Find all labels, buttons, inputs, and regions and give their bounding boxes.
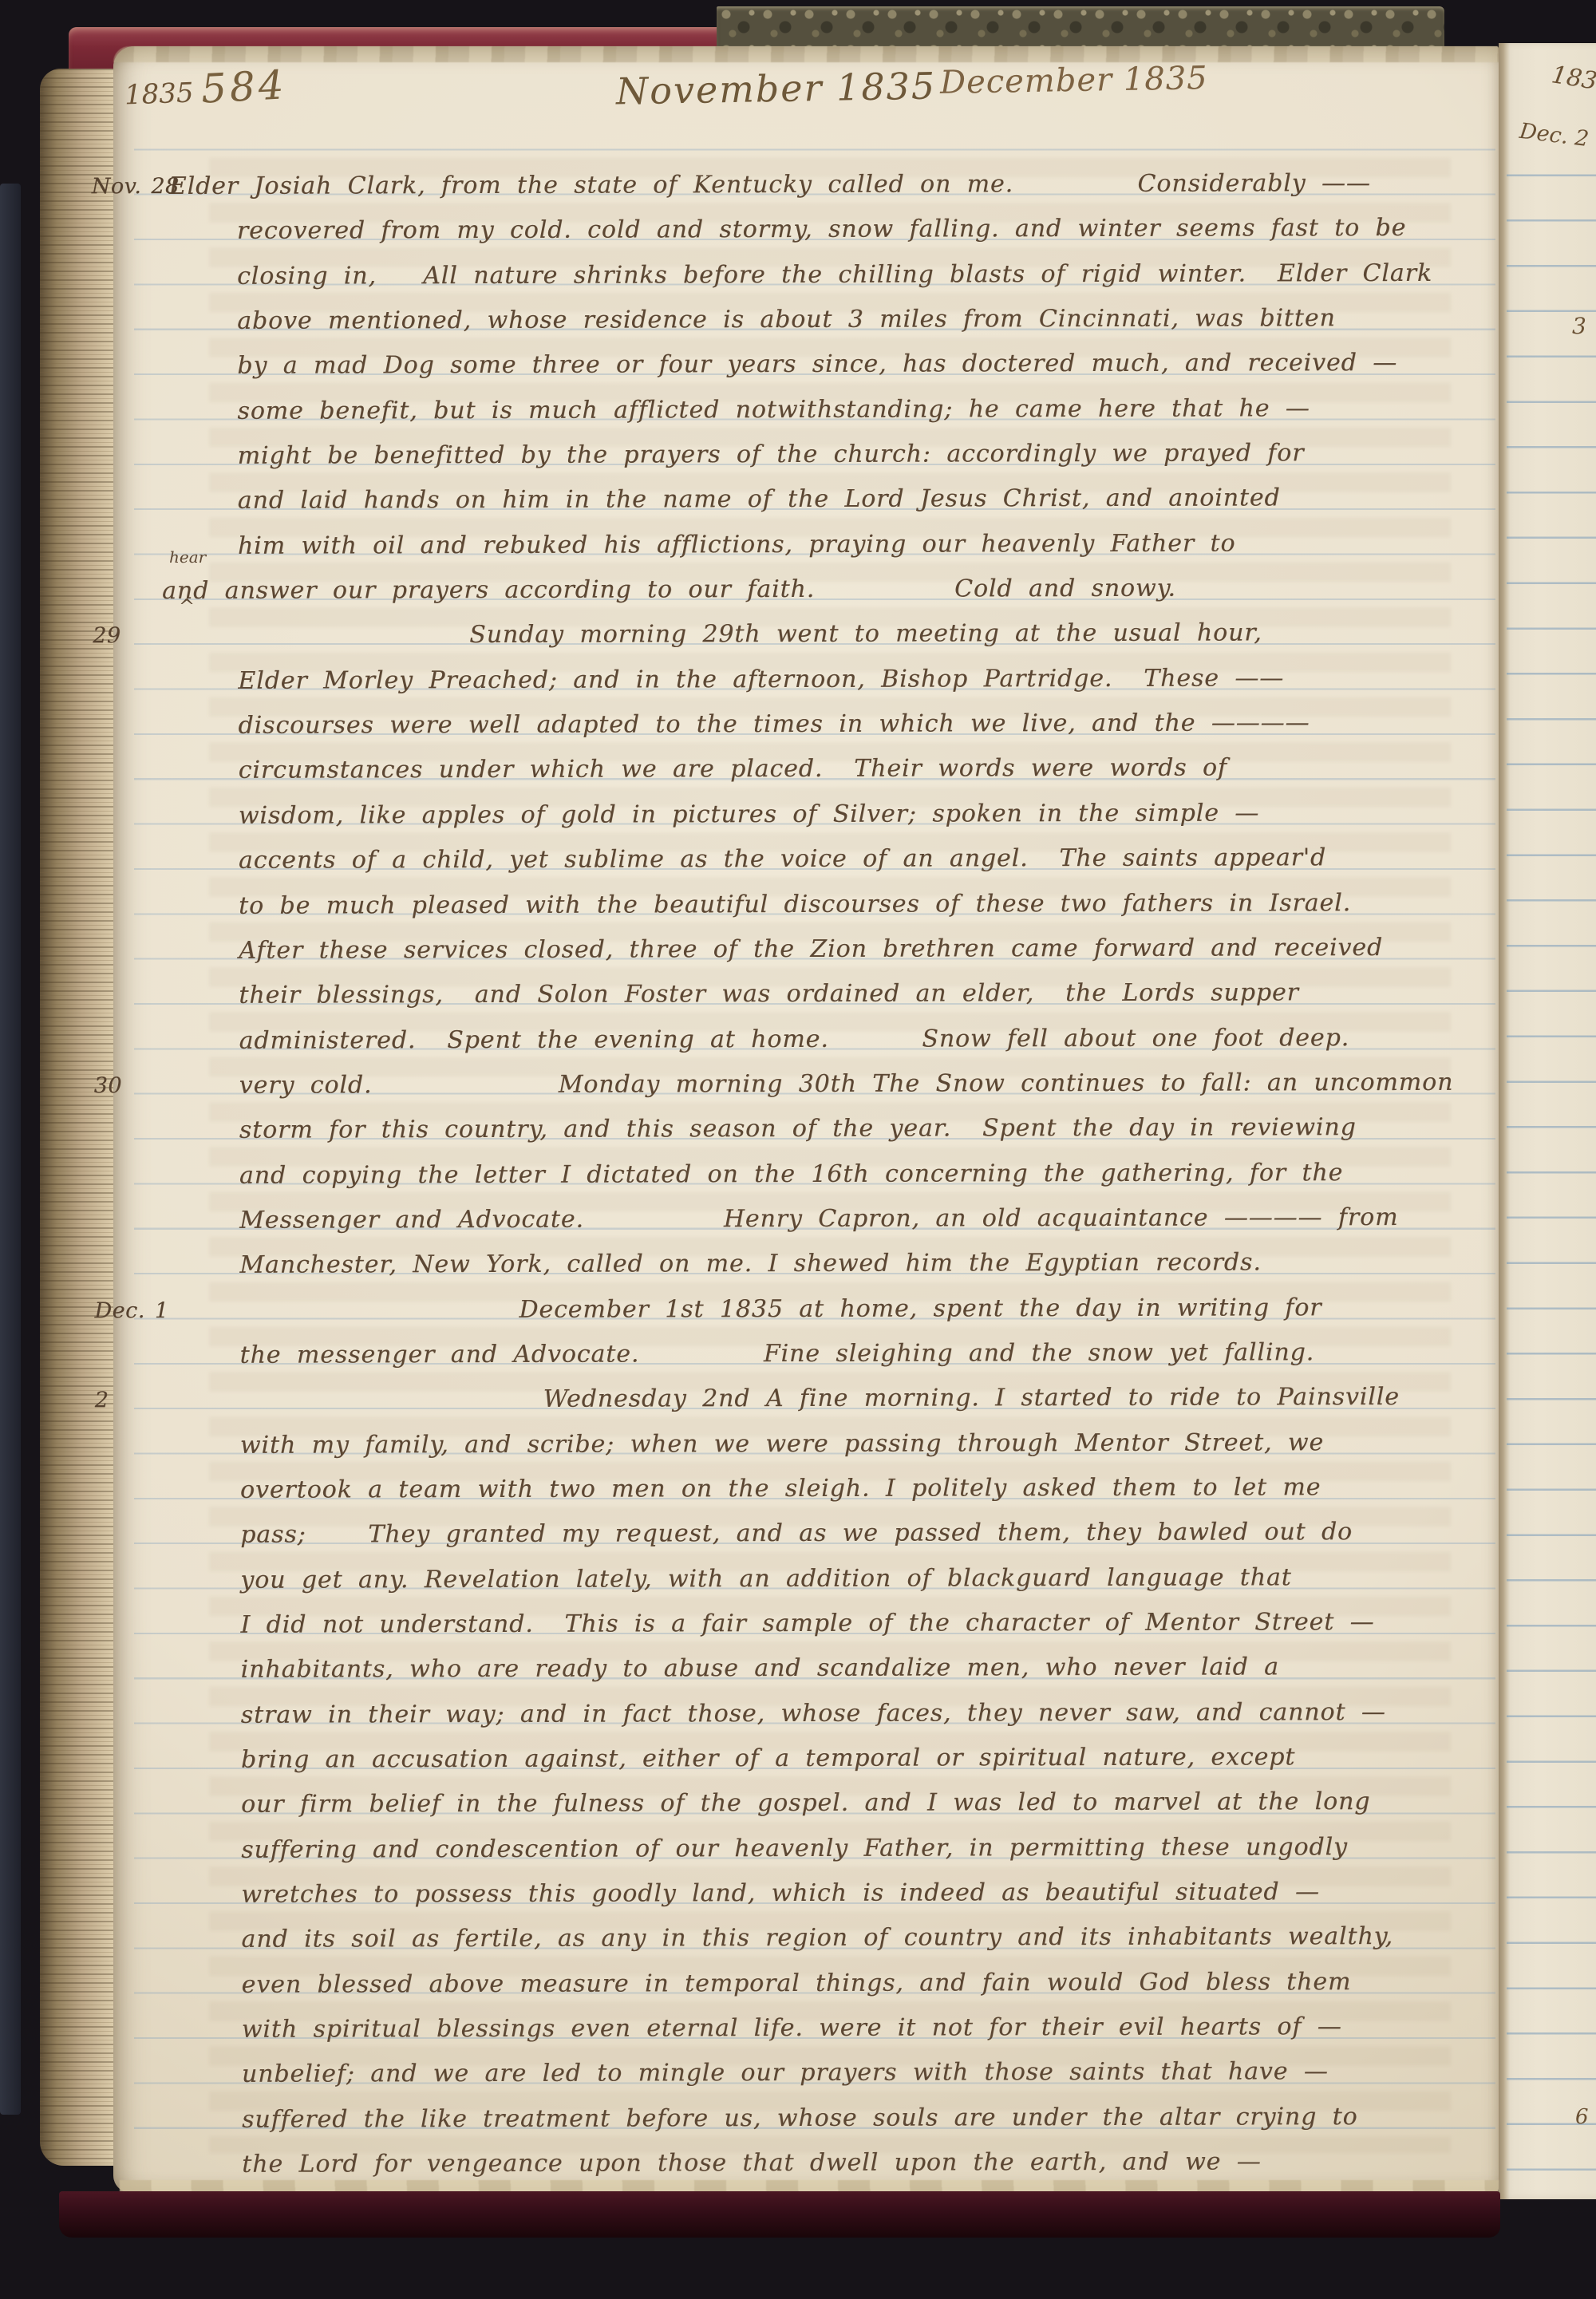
journal-line-text: to be much pleased with the beautiful di… — [93, 881, 1351, 929]
journal-line-text: unbelief; and we are led to mingle our p… — [97, 2050, 1329, 2098]
journal-line-text: discourses were well adapted to the time… — [93, 701, 1310, 749]
journal-line: overtook a team with two men on the slei… — [95, 1465, 1501, 1514]
journal-line: wisdom, like apples of gold in pictures … — [93, 791, 1499, 839]
journal-line-text: by a mad Dog some three or four years si… — [92, 341, 1397, 389]
journal-line: closing in, All nature shrinks before th… — [92, 251, 1498, 299]
journal-line-text: some benefit, but is much afflicted notw… — [92, 386, 1310, 434]
journal-line: accents of a child, yet sublime as the v… — [93, 835, 1499, 884]
journal-line-text: Elder Josiah Clark, from the state of Ke… — [92, 161, 1371, 210]
journal-line: our firm belief in the fulness of the go… — [96, 1780, 1502, 1828]
journal-line-text: very cold. Monday morning 30th The Snow … — [94, 1061, 1454, 1109]
journal-line-text: I did not understand. This is a fair sam… — [95, 1600, 1374, 1649]
journal-line-text: bring an accusation against, either of a… — [96, 1735, 1296, 1783]
journal-line-text: Sunday morning 29th went to meeting at t… — [93, 611, 1262, 659]
journal-line-text: wretches to possess this goodly land, wh… — [96, 1870, 1320, 1918]
journal-line: Dec. 1December 1st 1835 at home, spent t… — [94, 1285, 1500, 1333]
journal-line: suffered the like treatment before us, w… — [97, 2094, 1503, 2143]
journal-line: and copying the letter I dictated on the… — [94, 1150, 1500, 1199]
journal-line: 30very cold. Monday morning 30th The Sno… — [94, 1061, 1500, 1109]
next-page-ruled-lines — [1507, 131, 1596, 2174]
journal-line-text: with my family, and scribe; when we were… — [95, 1420, 1324, 1468]
journal-line-text: accents of a child, yet sublime as the v… — [93, 835, 1326, 883]
journal-line-text: with spiritual blessings even eternal li… — [97, 2005, 1342, 2052]
journal-line: might be benefitted by the prayers of th… — [93, 431, 1499, 480]
journal-line: with my family, and scribe; when we were… — [95, 1420, 1501, 1468]
next-page-margin-mark: 3 — [1572, 313, 1586, 339]
journal-line: recovered from my cold. cold and stormy,… — [92, 206, 1498, 255]
margin-date-label: 2 — [95, 1379, 109, 1424]
journal-line-text: our firm belief in the fulness of the go… — [96, 1780, 1370, 1828]
journal-line-text: Messenger and Advocate. Henry Capron, an… — [94, 1195, 1398, 1244]
journal-line: and laid hands on him in the name of the… — [93, 476, 1499, 524]
journal-line-text: administered. Spent the evening at home.… — [93, 1016, 1349, 1064]
journal-line-text: inhabitants, who are ready to abuse and … — [96, 1645, 1279, 1693]
margin-date-label: Dec. 1 — [94, 1289, 168, 1334]
journal-line-text: and laid hands on him in the name of the… — [93, 476, 1281, 524]
journal-line-text: and answer our prayers according to our … — [93, 567, 1176, 614]
header-month-december: December 1835 — [940, 60, 1208, 101]
journal-line-text: Wednesday 2nd A fine morning. I started … — [95, 1375, 1400, 1424]
journal-line-text: the messenger and Advocate. Fine sleighi… — [95, 1330, 1315, 1378]
journal-line: straw in their way; and in fact those, w… — [96, 1689, 1502, 1738]
journal-line: you get any. Revelation lately, with an … — [95, 1554, 1501, 1603]
journal-line-text: you get any. Revelation lately, with an … — [95, 1555, 1292, 1603]
next-page-year-fragment: 1835 — [1550, 61, 1596, 98]
margin-date-label: Nov. 28 — [92, 164, 180, 210]
journal-line: pass; They granted my request, and as we… — [95, 1510, 1501, 1558]
journal-line: even blessed above measure in temporal t… — [97, 1959, 1503, 2008]
header-year: 1835 — [124, 77, 194, 112]
journal-line: by a mad Dog some three or four years si… — [92, 341, 1498, 389]
header-month-november: November 1835 — [616, 65, 937, 113]
journal-line: After these services closed, three of th… — [93, 926, 1499, 974]
journal-line: unbelief; and we are led to mingle our p… — [97, 2049, 1503, 2098]
journal-line: discourses were well adapted to the time… — [93, 701, 1499, 749]
journal-line: Elder Morley Preached; and in the aftern… — [93, 655, 1499, 704]
journal-line-text: storm for this country, and this season … — [94, 1105, 1357, 1153]
journal-line-text: December 1st 1835 at home, spent the day… — [94, 1286, 1321, 1333]
journal-line-text: Manchester, New York, called on me. I sh… — [94, 1241, 1262, 1289]
journal-line-text: pass; They granted my request, and as we… — [95, 1510, 1353, 1558]
journal-line-text: closing in, All nature shrinks before th… — [92, 251, 1432, 300]
journal-line-text: their blessings, and Solon Foster was or… — [93, 971, 1299, 1019]
margin-date-label: 29 — [93, 614, 121, 659]
journal-line-text: even blessed above measure in temporal t… — [97, 1960, 1352, 2008]
journal-line: Manchester, New York, called on me. I sh… — [94, 1240, 1500, 1289]
next-page-margin-mark: 6 — [1575, 2105, 1589, 2129]
journal-line-text: suffered the like treatment before us, w… — [97, 2095, 1358, 2143]
journal-line: their blessings, and Solon Foster was or… — [93, 970, 1499, 1019]
journal-line-text: recovered from my cold. cold and stormy,… — [92, 206, 1407, 255]
journal-line: some benefit, but is much afflicted notw… — [92, 385, 1498, 434]
journal-line: with spiritual blessings even eternal li… — [97, 2005, 1503, 2053]
journal-line: I did not understand. This is a fair sam… — [95, 1600, 1501, 1649]
next-page-edge: 1835 Dec. 2 3 6 — [1499, 43, 1596, 2199]
journal-line: and its soil as fertile, as any in this … — [96, 1914, 1502, 1963]
header-page-number: 584 — [200, 61, 288, 113]
journal-line: suffering and condescention of our heave… — [96, 1824, 1502, 1873]
journal-line: 29Sunday morning 29th went to meeting at… — [93, 610, 1499, 659]
journal-line: inhabitants, who are ready to abuse and … — [96, 1645, 1502, 1693]
journal-line: above mentioned, whose residence is abou… — [92, 296, 1498, 345]
journal-line-text: wisdom, like apples of gold in pictures … — [93, 791, 1260, 839]
journal-line-text: might be benefitted by the prayers of th… — [93, 431, 1305, 479]
journal-line: and answer our prayers according to our … — [93, 566, 1499, 614]
page-deckle-edge — [113, 46, 1499, 62]
journal-line: Nov. 28Elder Josiah Clark, from the stat… — [92, 161, 1498, 210]
journal-line: storm for this country, and this season … — [94, 1105, 1500, 1154]
journal-line: him with oil and rebuked his afflictions… — [93, 520, 1499, 569]
journal-line: to be much pleased with the beautiful di… — [93, 880, 1499, 929]
journal-line: the messenger and Advocate. Fine sleighi… — [95, 1330, 1501, 1379]
journal-line: circumstances under which we are placed.… — [93, 745, 1499, 794]
journal-line-text: and copying the letter I dictated on the… — [94, 1151, 1343, 1199]
journal-line-text: Elder Morley Preached; and in the aftern… — [93, 656, 1284, 704]
journal-line: 2Wednesday 2nd A fine morning. I started… — [95, 1375, 1501, 1424]
journal-line-text: overtook a team with two men on the slei… — [95, 1465, 1321, 1513]
journal-line: bring an accusation against, either of a… — [96, 1735, 1502, 1784]
manuscript-text: Nov. 28Elder Josiah Clark, from the stat… — [92, 161, 1503, 2188]
journal-line: Messenger and Advocate. Henry Capron, an… — [94, 1195, 1500, 1244]
journal-line-text: and its soil as fertile, as any in this … — [96, 1914, 1393, 1963]
journal-line-text: above mentioned, whose residence is abou… — [92, 296, 1336, 344]
margin-date-label: 30 — [94, 1064, 123, 1108]
journal-line-text: suffering and condescention of our heave… — [96, 1825, 1348, 1873]
book-cover-bottom — [59, 2191, 1500, 2238]
journal-scan: 1835 Dec. 2 3 6 1835 584 November 1835 D… — [0, 0, 1596, 2299]
journal-line-text: After these services closed, three of th… — [93, 926, 1383, 974]
journal-line: wretches to possess this goodly land, wh… — [96, 1870, 1502, 1918]
journal-line: administered. Spent the evening at home.… — [93, 1015, 1499, 1064]
journal-line-text: circumstances under which we are placed.… — [93, 746, 1227, 794]
journal-line-text: him with oil and rebuked his afflictions… — [93, 521, 1236, 569]
journal-line-text: straw in their way; and in fact those, w… — [96, 1690, 1386, 1739]
book-board-left — [0, 184, 21, 2115]
